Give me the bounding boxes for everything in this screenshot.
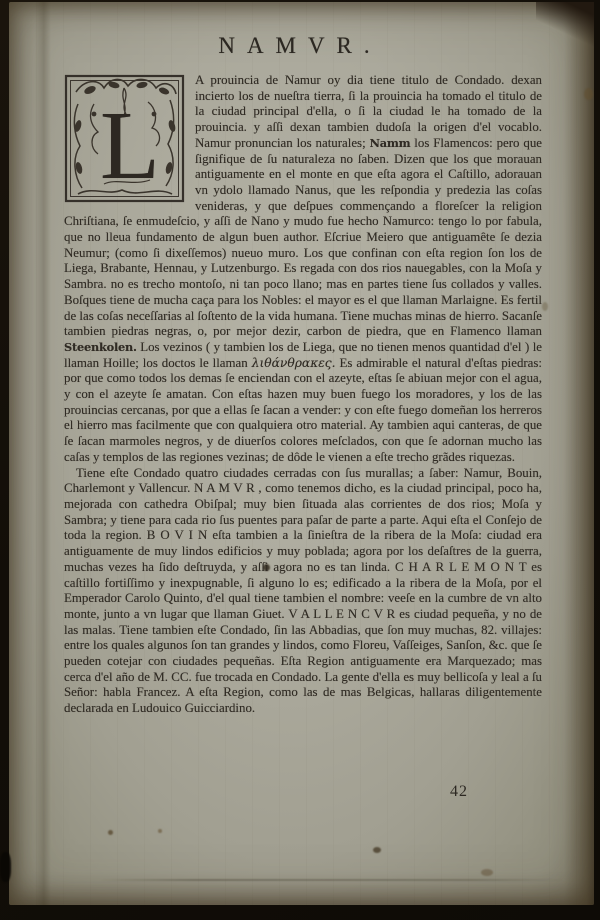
svg-text:L: L [100, 92, 160, 200]
paper-stain [108, 830, 113, 835]
paper-crease [101, 879, 563, 881]
paper-stain [542, 302, 548, 311]
paper-stain [481, 869, 493, 876]
page-edge-shading [564, 2, 594, 905]
page-number: 42 [450, 783, 468, 801]
paper-stain [373, 847, 381, 853]
text-block: L A prouincia de Namur oy dia tiene titu… [64, 73, 542, 717]
paper-stain [584, 88, 593, 100]
running-head-title: NAMVR. [60, 33, 540, 59]
woodcut-initial-svg: L [64, 74, 185, 203]
book-edge-blemish [0, 852, 11, 882]
book-photo: NAMVR. [0, 0, 600, 920]
paragraph-2: Tiene eſte Condado quatro ciudades cerra… [64, 466, 542, 717]
page-fold-shading [35, 2, 51, 905]
paragraph-2-text: Tiene eſte Condado quatro ciudades cerra… [64, 466, 542, 716]
page-corner-shadow [536, 2, 594, 48]
paper-stain [158, 829, 162, 833]
woodcut-initial-L: L [64, 74, 185, 203]
paragraph-1: L A prouincia de Namur oy dia tiene titu… [64, 73, 542, 466]
